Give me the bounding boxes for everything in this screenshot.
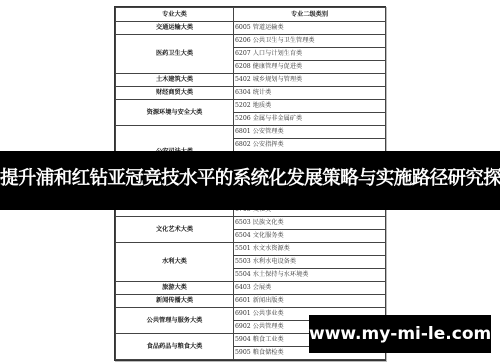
major-category-cell: 旅游大类: [116, 282, 234, 295]
table-row: 旅游大类6403 会展类: [116, 282, 386, 295]
subcategory-cell: 6206 公共卫生与卫生管理类: [234, 35, 386, 48]
table-row: 文化艺术大类6503 民族文化类: [116, 217, 386, 230]
table-header-row: 专业大类 专业二级类别: [116, 8, 386, 22]
table-row: 新闻传播大类6601 新闻出版类: [116, 295, 386, 308]
subcategory-cell: 5501 水文水资源类: [234, 243, 386, 256]
article-title: 提升浦和红钻亚冠竞技水平的系统化发展策略与实施路径研究探讨论析: [0, 166, 500, 192]
major-category-cell: 医药卫生大类: [116, 35, 234, 74]
subcategory-cell: 6304 统计类: [234, 87, 386, 100]
subcategory-cell: 5504 水土保持与水环境类: [234, 269, 386, 282]
major-category-cell: 交通运输大类: [116, 22, 234, 35]
major-category-cell: 土木建筑大类: [116, 74, 234, 87]
subcategory-cell: 6504 文化服务类: [234, 230, 386, 243]
subcategory-cell: 5206 金属与非金属矿类: [234, 113, 386, 126]
subcategory-cell: 5402 城乡规划与管理类: [234, 74, 386, 87]
header-major-category: 专业大类: [116, 8, 234, 22]
table-row: 交通运输大类6005 管道运输类: [116, 22, 386, 35]
major-category-cell: 水利大类: [116, 243, 234, 282]
major-category-cell: 食品药品与粮食大类: [116, 334, 234, 360]
major-category-cell: 公共管理与服务大类: [116, 308, 234, 334]
table-row: 土木建筑大类5402 城乡规划与管理类: [116, 74, 386, 87]
major-category-cell: 财经商贸大类: [116, 87, 234, 100]
table-row: 财经商贸大类6304 统计类: [116, 87, 386, 100]
table-row: 医药卫生大类6206 公共卫生与卫生管理类: [116, 35, 386, 48]
table-row: 资源环境与安全大类5202 地质类: [116, 100, 386, 113]
subcategory-cell: 6005 管道运输类: [234, 22, 386, 35]
table-row: 水利大类5501 水文水资源类: [116, 243, 386, 256]
subcategory-cell: 6802 公安指挥类: [234, 139, 386, 152]
page: 专业大类 专业二级类别 交通运输大类6005 管道运输类医药卫生大类6206 公…: [0, 0, 500, 362]
subcategory-cell: 5503 水利水电设备类: [234, 256, 386, 269]
major-category-cell: 新闻传播大类: [116, 295, 234, 308]
header-subcategory: 专业二级类别: [234, 8, 386, 22]
subcategory-cell: 5202 地质类: [234, 100, 386, 113]
subcategory-cell: 6207 人口与计划生育类: [234, 48, 386, 61]
subcategory-cell: 6403 会展类: [234, 282, 386, 295]
watermark-url: www.my-mi-le.com: [309, 315, 491, 353]
subcategory-cell: 6208 健康管理与促进类: [234, 61, 386, 74]
major-category-cell: 文化艺术大类: [116, 217, 234, 243]
subcategory-cell: 6801 公安管理类: [234, 126, 386, 139]
major-category-cell: 资源环境与安全大类: [116, 100, 234, 126]
subcategory-cell: 6601 新闻出版类: [234, 295, 386, 308]
subcategory-cell: 6503 民族文化类: [234, 217, 386, 230]
table-row: 公安司法大类6801 公安管理类: [116, 126, 386, 139]
